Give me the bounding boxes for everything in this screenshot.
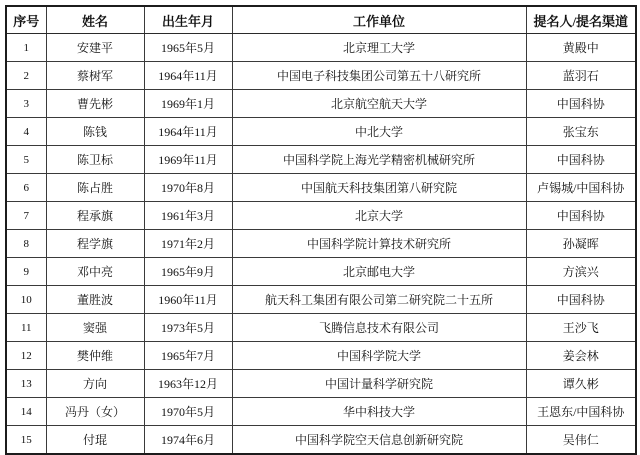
cell-index: 14 [6,398,46,426]
cell-nominator: 卢锡城/中国科协 [526,174,636,202]
cell-birthdate: 1965年9月 [144,258,232,286]
cell-workunit: 北京理工大学 [232,34,526,62]
cell-name: 董胜波 [46,286,144,314]
cell-birthdate: 1965年7月 [144,342,232,370]
cell-nominator: 王恩东/中国科协 [526,398,636,426]
cell-birthdate: 1961年3月 [144,202,232,230]
table-row: 9邓中亮1965年9月北京邮电大学方滨兴 [6,258,636,286]
cell-name: 陈钱 [46,118,144,146]
cell-index: 15 [6,426,46,455]
column-header-birthdate: 出生年月 [144,6,232,34]
nominees-table: 序号 姓名 出生年月 工作单位 提名人/提名渠道 1安建平1965年5月北京理工… [5,5,637,455]
cell-birthdate: 1971年2月 [144,230,232,258]
cell-workunit: 中国电子科技集团公司第五十八研究所 [232,62,526,90]
cell-index: 4 [6,118,46,146]
table-row: 13方向1963年12月中国计量科学研究院谭久彬 [6,370,636,398]
cell-birthdate: 1964年11月 [144,118,232,146]
cell-nominator: 谭久彬 [526,370,636,398]
table-body: 1安建平1965年5月北京理工大学黄殿中2蔡树军1964年11月中国电子科技集团… [6,34,636,455]
cell-workunit: 北京航空航天大学 [232,90,526,118]
table-row: 5陈卫标1969年11月中国科学院上海光学精密机械研究所中国科协 [6,146,636,174]
cell-name: 樊仲维 [46,342,144,370]
cell-workunit: 中国科学院大学 [232,342,526,370]
cell-workunit: 北京大学 [232,202,526,230]
cell-birthdate: 1965年5月 [144,34,232,62]
cell-nominator: 中国科协 [526,146,636,174]
table-row: 14冯丹（女）1970年5月华中科技大学王恩东/中国科协 [6,398,636,426]
table-row: 8程学旗1971年2月中国科学院计算技术研究所孙凝晖 [6,230,636,258]
cell-name: 陈卫标 [46,146,144,174]
cell-name: 蔡树军 [46,62,144,90]
cell-index: 13 [6,370,46,398]
column-header-name: 姓名 [46,6,144,34]
cell-name: 冯丹（女） [46,398,144,426]
cell-birthdate: 1969年1月 [144,90,232,118]
table-header: 序号 姓名 出生年月 工作单位 提名人/提名渠道 [6,6,636,34]
cell-nominator: 黄殿中 [526,34,636,62]
cell-workunit: 中国计量科学研究院 [232,370,526,398]
cell-workunit: 中国航天科技集团第八研究院 [232,174,526,202]
cell-name: 安建平 [46,34,144,62]
table-row: 7程承旗1961年3月北京大学中国科协 [6,202,636,230]
cell-workunit: 华中科技大学 [232,398,526,426]
cell-name: 付琨 [46,426,144,455]
cell-index: 10 [6,286,46,314]
cell-index: 3 [6,90,46,118]
table-row: 12樊仲维1965年7月中国科学院大学姜会林 [6,342,636,370]
cell-nominator: 姜会林 [526,342,636,370]
cell-index: 8 [6,230,46,258]
cell-index: 6 [6,174,46,202]
table-row: 1安建平1965年5月北京理工大学黄殿中 [6,34,636,62]
table-row: 6陈占胜1970年8月中国航天科技集团第八研究院卢锡城/中国科协 [6,174,636,202]
table-row: 4陈钱1964年11月中北大学张宝东 [6,118,636,146]
cell-birthdate: 1973年5月 [144,314,232,342]
cell-nominator: 吴伟仁 [526,426,636,455]
cell-birthdate: 1963年12月 [144,370,232,398]
cell-nominator: 中国科协 [526,90,636,118]
cell-workunit: 航天科工集团有限公司第二研究院二十五所 [232,286,526,314]
cell-nominator: 张宝东 [526,118,636,146]
cell-workunit: 中北大学 [232,118,526,146]
cell-nominator: 孙凝晖 [526,230,636,258]
cell-nominator: 方滨兴 [526,258,636,286]
cell-index: 12 [6,342,46,370]
cell-nominator: 蓝羽石 [526,62,636,90]
cell-workunit: 中国科学院计算技术研究所 [232,230,526,258]
cell-nominator: 王沙飞 [526,314,636,342]
cell-index: 1 [6,34,46,62]
cell-index: 11 [6,314,46,342]
cell-birthdate: 1970年5月 [144,398,232,426]
cell-workunit: 飞腾信息技术有限公司 [232,314,526,342]
table-row: 2蔡树军1964年11月中国电子科技集团公司第五十八研究所蓝羽石 [6,62,636,90]
cell-index: 2 [6,62,46,90]
cell-nominator: 中国科协 [526,202,636,230]
cell-birthdate: 1960年11月 [144,286,232,314]
cell-workunit: 中国科学院空天信息创新研究院 [232,426,526,455]
cell-workunit: 北京邮电大学 [232,258,526,286]
column-header-index: 序号 [6,6,46,34]
cell-birthdate: 1964年11月 [144,62,232,90]
column-header-workunit: 工作单位 [232,6,526,34]
table-row: 15付琨1974年6月中国科学院空天信息创新研究院吴伟仁 [6,426,636,455]
header-row: 序号 姓名 出生年月 工作单位 提名人/提名渠道 [6,6,636,34]
cell-name: 曹先彬 [46,90,144,118]
cell-name: 陈占胜 [46,174,144,202]
table-row: 11窦强1973年5月飞腾信息技术有限公司王沙飞 [6,314,636,342]
column-header-nominator: 提名人/提名渠道 [526,6,636,34]
cell-birthdate: 1974年6月 [144,426,232,455]
cell-nominator: 中国科协 [526,286,636,314]
table-row: 3曹先彬1969年1月北京航空航天大学中国科协 [6,90,636,118]
cell-name: 程承旗 [46,202,144,230]
cell-index: 5 [6,146,46,174]
cell-birthdate: 1970年8月 [144,174,232,202]
table-row: 10董胜波1960年11月航天科工集团有限公司第二研究院二十五所中国科协 [6,286,636,314]
cell-birthdate: 1969年11月 [144,146,232,174]
cell-workunit: 中国科学院上海光学精密机械研究所 [232,146,526,174]
cell-name: 程学旗 [46,230,144,258]
cell-index: 7 [6,202,46,230]
cell-index: 9 [6,258,46,286]
cell-name: 窦强 [46,314,144,342]
cell-name: 方向 [46,370,144,398]
cell-name: 邓中亮 [46,258,144,286]
